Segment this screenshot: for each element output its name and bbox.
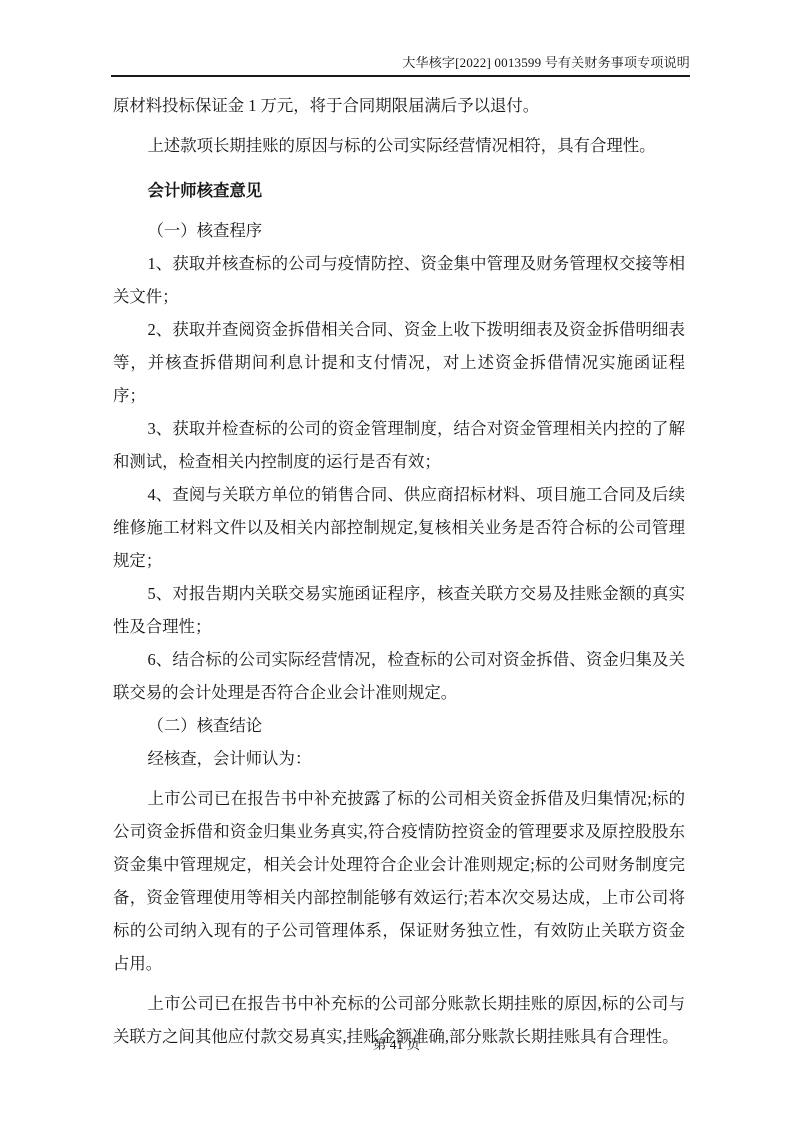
list-item-1: 1、获取并核查标的公司与疫情防控、资金集中管理及财务管理权交接等相关文件； [113, 247, 685, 313]
list-item-6: 6、结合标的公司实际经营情况，检查标的公司对资金拆借、资金归集及关联交易的会计处… [113, 643, 685, 709]
page-header-doc-ref: 大华核字[2022] 0013599 号有关财务事项专项说明 [111, 55, 690, 77]
document-page: 大华核字[2022] 0013599 号有关财务事项专项说明 原材料投标保证金 … [0, 0, 793, 1122]
list-item-4: 4、查阅与关联方单位的销售合同、供应商招标材料、项目施工合同及后续维修施工材料文… [113, 478, 685, 577]
page-number: 第 41 页 [0, 1036, 793, 1054]
list-item-2: 2、获取并查阅资金拆借相关合同、资金上收下拨明细表及资金拆借明细表等，并核查拆借… [113, 313, 685, 412]
paragraph-continuation: 原材料投标保证金 1 万元，将于合同期限届满后予以退付。 [113, 89, 685, 122]
paragraph: 经核查，会计师认为： [113, 742, 685, 775]
subsection-heading: （二）核查结论 [113, 709, 685, 742]
list-item-5: 5、对报告期内关联交易实施函证程序，核查关联方交易及挂账金额的真实性及合理性； [113, 577, 685, 643]
section-heading: 会计师核查意见 [113, 174, 685, 207]
document-body: 原材料投标保证金 1 万元，将于合同期限届满后予以退付。 上述款项长期挂账的原因… [113, 89, 685, 1053]
subsection-heading: （一）核查程序 [113, 214, 685, 247]
paragraph: 上述款项长期挂账的原因与标的公司实际经营情况相符，具有合理性。 [113, 129, 685, 162]
list-item-3: 3、获取并检查标的公司的资金管理制度，结合对资金管理相关内控的了解和测试，检查相… [113, 412, 685, 478]
paragraph-conclusion: 上市公司已在报告书中补充披露了标的公司相关资金拆借及归集情况;标的公司资金拆借和… [113, 782, 685, 980]
